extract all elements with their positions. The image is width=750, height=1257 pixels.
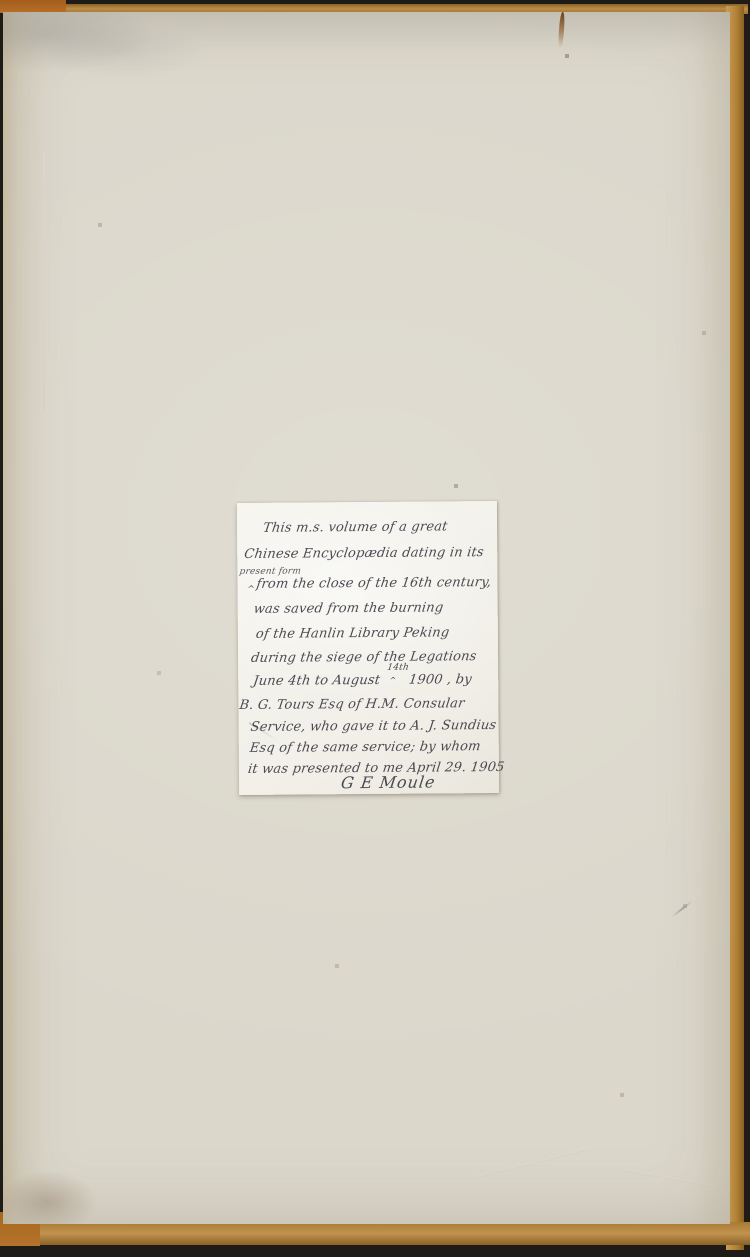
date-pre: June 4th to August: [252, 673, 385, 689]
inserted-date: 14th^: [384, 674, 405, 684]
signature: G E Moule: [340, 772, 437, 792]
date-post: 1900 , by: [404, 672, 473, 688]
paper-speckles: [3, 12, 5, 14]
crease-line: [43, 152, 45, 412]
note-line: of the Hanlin Library Peking: [255, 625, 450, 642]
crease-line: [624, 1169, 713, 1187]
pasted-note: This m.s. volume of a great Chinese Ency…: [237, 501, 499, 795]
note-line: This m.s. volume of a great: [262, 519, 449, 535]
note-insertion: present form: [239, 567, 302, 577]
insertion-caret: ^: [246, 585, 255, 595]
note-line: Service, who gave it to A. J. Sundius: [250, 718, 498, 735]
scanned-volume-cover: This m.s. volume of a great Chinese Ency…: [0, 0, 750, 1257]
note-line: Chinese Encyclopædia dating in its: [243, 545, 484, 562]
crease-line: [475, 1148, 592, 1179]
note-line: Esq of the same service; by whom: [249, 739, 482, 756]
top-smudge: [3, 12, 730, 52]
note-line: during the siege of the Legations: [250, 649, 477, 666]
note-line: B. G. Tours Esq of H.M. Consular: [238, 696, 465, 713]
note-line: was saved from the burning: [253, 600, 445, 617]
bottom-leather-edge: [0, 1222, 750, 1245]
scratch-mark: [671, 900, 693, 918]
note-line: ^from the close of the 16th century,: [246, 575, 492, 595]
note-date-line: June 4th to August 14th^ 1900 , by: [252, 672, 473, 689]
